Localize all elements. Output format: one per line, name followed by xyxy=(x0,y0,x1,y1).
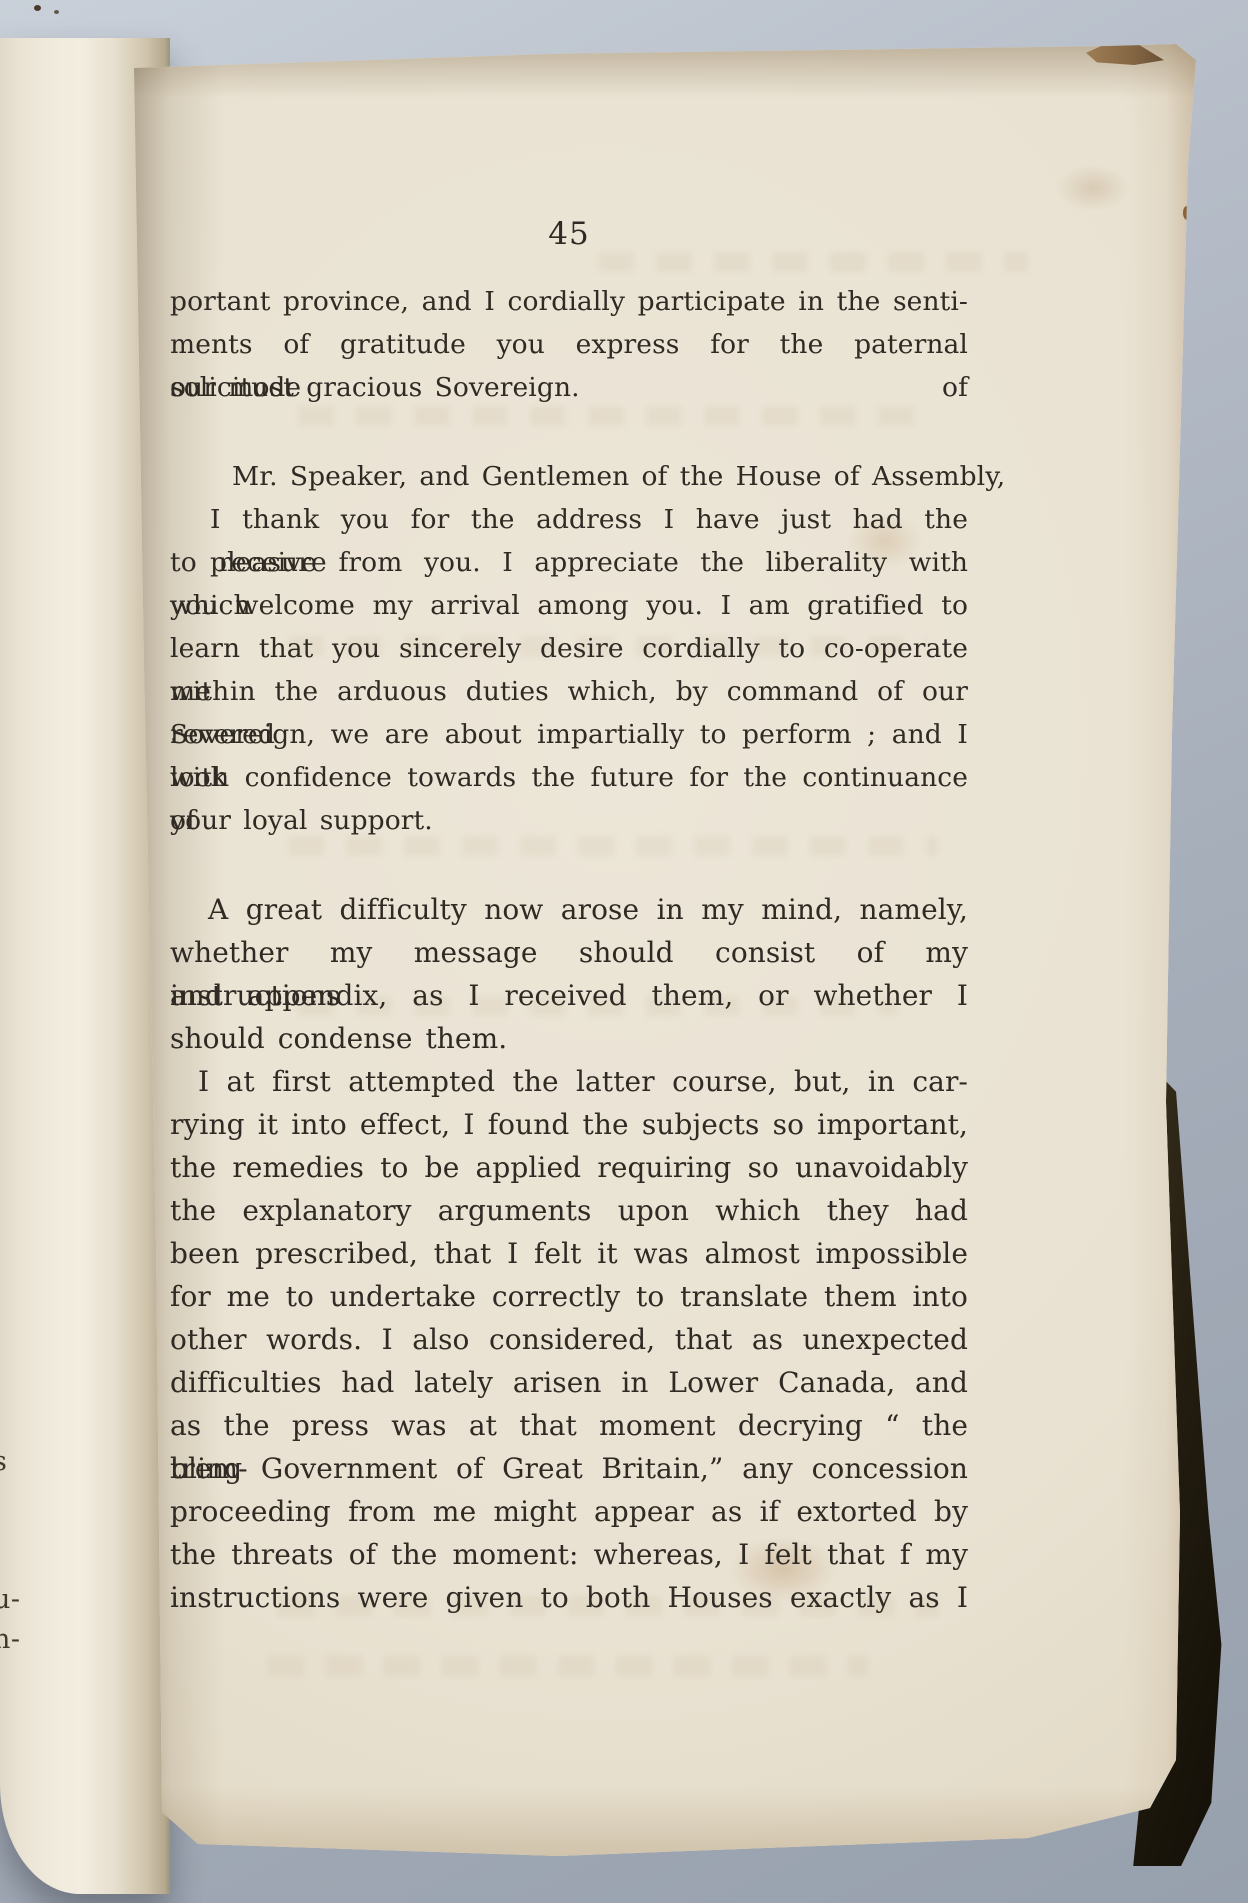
text-line: other words. I also considered, that as … xyxy=(170,1318,968,1361)
text-line: to receive from you. I appreciate the li… xyxy=(170,541,968,584)
page-text: portant province, and I cordially partic… xyxy=(170,280,968,1619)
text-line: should condense them. xyxy=(170,1017,968,1060)
edge-blemish xyxy=(1183,206,1192,220)
text-line: proceeding from me might appear as if ex… xyxy=(170,1490,968,1533)
dust-speck xyxy=(54,10,59,14)
text-line: portant province, and I cordially partic… xyxy=(170,280,968,323)
dust-speck xyxy=(34,5,41,11)
page-number: 45 xyxy=(170,216,968,252)
text-line: and appendix, as I received them, or whe… xyxy=(170,974,968,1017)
stain xyxy=(1056,164,1130,212)
page-edge-text-fragment: u- xyxy=(0,1584,21,1615)
text-line: I at first attempted the latter course, … xyxy=(170,1060,968,1103)
text-line: bling Government of Great Britain,” any … xyxy=(170,1447,968,1490)
text-line: for me to undertake correctly to transla… xyxy=(170,1275,968,1318)
text-line: your loyal support. xyxy=(170,799,968,842)
torn-corner xyxy=(1086,43,1164,65)
ink-showthrough xyxy=(268,1656,868,1676)
photo-of-book-page: su-n- 45 portant province, and I cordial… xyxy=(0,0,1248,1903)
text-line: A great difficulty now arose in my mind,… xyxy=(170,888,968,931)
text-line: rying it into effect, I found the subjec… xyxy=(170,1103,968,1146)
book-page: 45 portant province, and I cordially par… xyxy=(128,44,1198,1858)
text-line: I thank you for the address I have just … xyxy=(170,498,968,541)
text-line: you welcome my arrival among you. I am g… xyxy=(170,584,968,627)
page-edge-text-fragment: n- xyxy=(0,1624,21,1655)
text-line: the remedies to be applied requiring so … xyxy=(170,1146,968,1189)
page-edge-text-fragment: s xyxy=(0,1446,7,1477)
text-line: instructions were given to both Houses e… xyxy=(170,1576,968,1619)
text-line: learn that you sincerely desire cordiall… xyxy=(170,627,968,670)
text-line: me in the arduous duties which, by comma… xyxy=(170,670,968,713)
text-line: been prescribed, that I felt it was almo… xyxy=(170,1232,968,1275)
edge-blemish xyxy=(1187,632,1194,642)
text-line: the threats of the moment: whereas, I fe… xyxy=(170,1533,968,1576)
text-line: ments of gratitude you express for the p… xyxy=(170,323,968,366)
text-line: Mr. Speaker, and Gentlemen of the House … xyxy=(170,455,968,498)
text-line: as the press was at that moment decrying… xyxy=(170,1404,968,1447)
text-line: whether my message should consist of my … xyxy=(170,931,968,974)
text-line: difficulties had lately arisen in Lower … xyxy=(170,1361,968,1404)
ink-showthrough xyxy=(598,252,1028,272)
text-line: with confidence towards the future for t… xyxy=(170,756,968,799)
text-line: the explanatory arguments upon which the… xyxy=(170,1189,968,1232)
text-line: Sovereign, we are about impartially to p… xyxy=(170,713,968,756)
